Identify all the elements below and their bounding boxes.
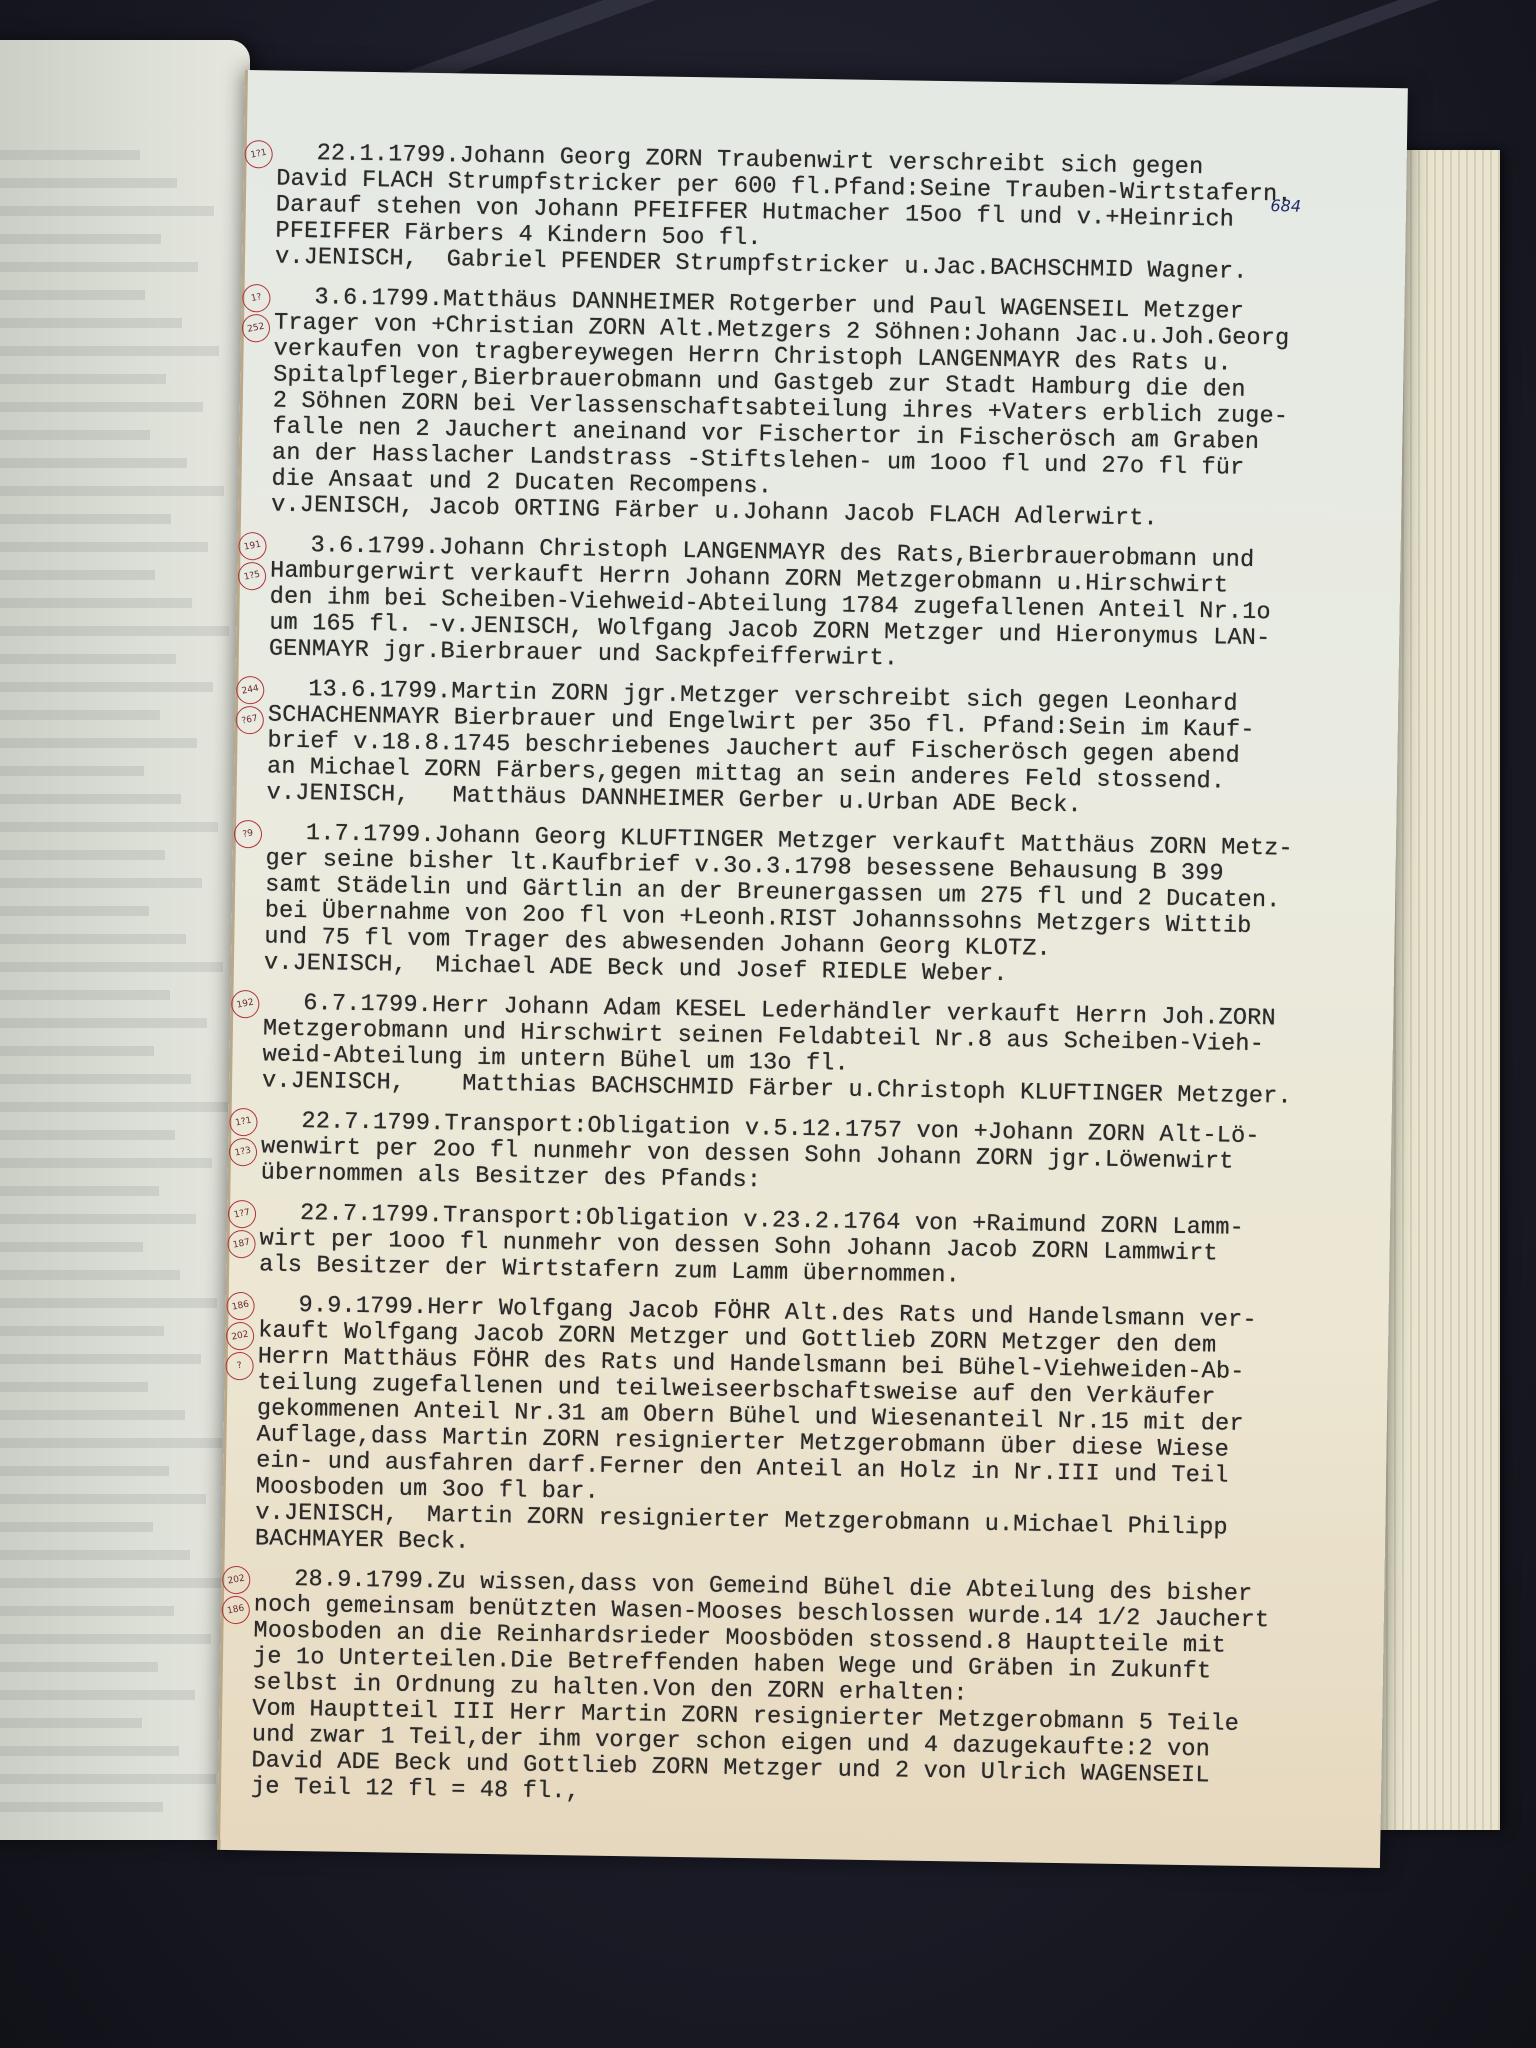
bleed-through-text [0, 1662, 158, 1672]
margin-annotation: ?9 [232, 818, 265, 851]
bleed-through-text [0, 346, 219, 356]
bleed-through-text [0, 1102, 228, 1112]
bleed-through-text [0, 1746, 179, 1756]
bleed-through-text [0, 1802, 163, 1812]
bleed-through-text [0, 1354, 201, 1364]
margin-annotation: 186 [224, 1290, 257, 1323]
margin-annotation: 202 [224, 1320, 257, 1353]
bleed-through-text [0, 878, 202, 888]
bleed-through-text [0, 1382, 148, 1392]
bleed-through-text [0, 738, 197, 748]
bleed-through-text [0, 850, 165, 860]
bleed-through-text [0, 598, 192, 608]
bleed-through-text [0, 1690, 195, 1700]
bleed-through-text [0, 1466, 169, 1476]
bleed-through-text [0, 1522, 153, 1532]
bleed-through-text [0, 458, 187, 468]
bleed-through-text [0, 1550, 190, 1560]
bleed-through-text [0, 766, 144, 776]
bleed-through-text [0, 1718, 142, 1728]
register-entry: 244?6713.6.1799.Martin ZORN jgr.Metzger … [266, 676, 1348, 823]
bleed-through-text [0, 906, 149, 916]
bleed-through-text [0, 1298, 217, 1308]
bleed-through-text [0, 626, 229, 636]
bleed-through-text [0, 1074, 191, 1084]
bleed-through-text [0, 1634, 211, 1644]
bleed-through-text [0, 1438, 222, 1448]
bleed-through-text [0, 178, 177, 188]
register-entry: 1911?53.6.1799.Johann Christoph LANGENMA… [269, 532, 1351, 679]
bleed-through-text [0, 1326, 164, 1336]
register-entry: ?91.7.1799.Johann Georg KLUFTINGER Metzg… [264, 820, 1346, 993]
register-entry: 20218628.9.1799.Zu wissen,dass von Gemei… [251, 1566, 1335, 1817]
register-entry: 186202?9.9.1799.Herr Wolfgang Jacob FÖHR… [255, 1292, 1339, 1569]
margin-annotation: 186 [219, 1594, 252, 1627]
bleed-through-text [0, 1018, 207, 1028]
bleed-through-text [0, 1130, 175, 1140]
margin-annotation: 244 [234, 674, 267, 707]
bleed-through-text [0, 710, 160, 720]
margin-annotation: 1? [240, 282, 273, 315]
register-entry: 1?11?322.7.1799.Transport:Obligation v.5… [260, 1108, 1341, 1203]
bleed-through-text [0, 374, 166, 384]
margin-annotation: ?67 [233, 704, 266, 737]
bleed-through-text [0, 1186, 159, 1196]
register-entry: 1926.7.1799.Herr Johann Adam KESEL Leder… [262, 990, 1344, 1111]
margin-annotation: 1?3 [227, 1136, 260, 1169]
bleed-through-text [0, 794, 181, 804]
bleed-through-text [0, 934, 186, 944]
bleed-through-text [0, 430, 150, 440]
bleed-through-text [0, 1158, 212, 1168]
bleed-through-text [0, 262, 198, 272]
bleed-through-text [0, 1578, 227, 1588]
margin-annotation: 1?5 [236, 560, 269, 593]
margin-annotation: 202 [220, 1564, 253, 1597]
bleed-through-text [0, 150, 140, 160]
bleed-through-text [0, 1046, 154, 1056]
bleed-through-text [0, 1774, 216, 1784]
margin-annotation: 187 [225, 1228, 258, 1261]
bleed-through-text [0, 234, 161, 244]
bleed-through-text [0, 486, 224, 496]
bleed-through-text [0, 402, 203, 412]
bleed-through-text [0, 962, 223, 972]
bleed-through-text [0, 542, 208, 552]
bleed-through-text [0, 514, 171, 524]
bleed-through-text [0, 1270, 180, 1280]
register-entries: 1?122.1.1799.Johann Georg ZORN Traubenwi… [251, 141, 1357, 1832]
register-entry: 1?2523.6.1799.Matthäus DANNHEIMER Rotger… [271, 284, 1355, 535]
bleed-through-text [0, 1606, 174, 1616]
bleed-through-text [0, 654, 176, 664]
bleed-through-text [0, 570, 155, 580]
margin-annotation: ? [223, 1350, 256, 1383]
bleed-through-text [0, 1410, 185, 1420]
bleed-through-text [0, 318, 182, 328]
margin-annotation: 252 [240, 312, 273, 345]
bleed-through-text [0, 1214, 196, 1224]
bleed-through-text [0, 990, 170, 1000]
bleed-through-text [0, 206, 214, 216]
margin-annotation: 1?1 [227, 1106, 260, 1139]
margin-annotation: 192 [229, 988, 262, 1021]
bleed-through-text [0, 1242, 143, 1252]
left-facing-page [0, 40, 250, 1840]
bleed-through-text [0, 1494, 206, 1504]
document-page: 684 1?122.1.1799.Johann Georg ZORN Traub… [217, 70, 1408, 1868]
register-entry: 1?718722.7.1799.Transport:Obligation v.2… [259, 1200, 1340, 1295]
margin-annotation: 1?7 [226, 1198, 259, 1231]
margin-annotation: 191 [236, 530, 269, 563]
register-entry: 1?122.1.1799.Johann Georg ZORN Traubenwi… [275, 141, 1357, 288]
bleed-through-text [0, 682, 213, 692]
margin-annotation: 1?1 [242, 138, 275, 171]
bleed-through-text [0, 822, 218, 832]
bleed-through-text [0, 290, 145, 300]
